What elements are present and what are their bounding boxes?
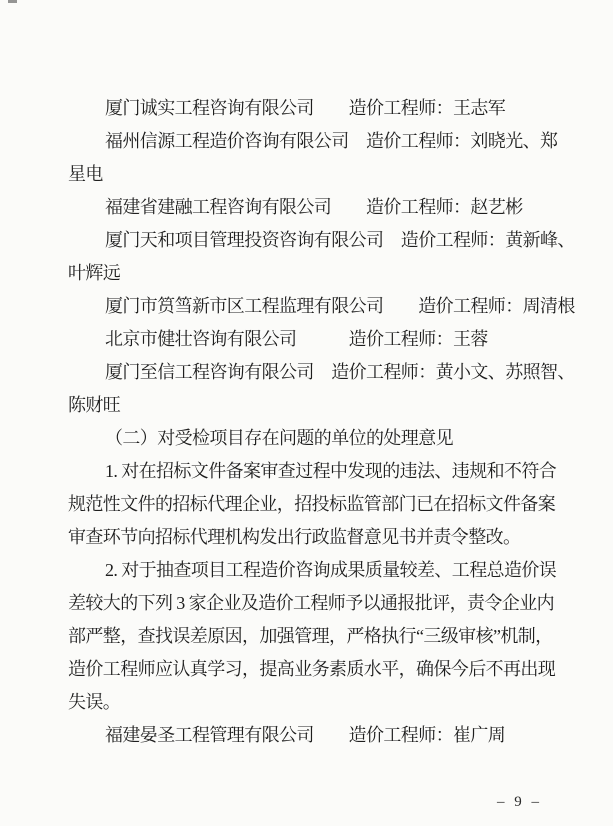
- document-line-12: 1. 对在招标文件备案审查过程中发现的违法、违规和不符合: [68, 455, 580, 488]
- document-page: 厦门诚实工程咨询有限公司 造价工程师：王志军 福州信源工程造价咨询有限公司 造价…: [0, 0, 613, 826]
- page-number: – 9 –: [497, 794, 542, 811]
- document-line-2: 福州信源工程造价咨询有限公司 造价工程师：刘晓光、郑: [68, 125, 580, 158]
- document-line-7: 厦门市筼筜新市区工程监理有限公司 造价工程师：周清根: [68, 290, 580, 323]
- document-line-4: 福建省建融工程咨询有限公司 造价工程师：赵艺彬: [68, 191, 580, 224]
- document-line-18: 造价工程师应认真学习，提高业务素质水平，确保今后不再出现: [68, 653, 580, 686]
- document-line-6: 叶辉远: [68, 257, 580, 290]
- document-line-14: 审查环节向招标代理机构发出行政监督意见书并责令整改。: [68, 521, 580, 554]
- document-line-13: 规范性文件的招标代理企业，招投标监管部门已在招标文件备案: [68, 488, 580, 521]
- scan-artifact: [8, 0, 17, 3]
- document-line-20: 福建晏圣工程管理有限公司 造价工程师：崔广周: [68, 719, 580, 752]
- document-line-5: 厦门天和项目管理投资咨询有限公司 造价工程师：黄新峰、: [68, 224, 580, 257]
- document-line-17: 部严整，查找误差原因，加强管理，严格执行“三级审核”机制，: [68, 620, 580, 653]
- document-line-15: 2. 对于抽查项目工程造价咨询成果质量较差、工程总造价误: [68, 554, 580, 587]
- document-line-8: 北京市健壮咨询有限公司 造价工程师：王蓉: [68, 323, 580, 356]
- document-line-16: 差较大的下列 3 家企业及造价工程师予以通报批评，责令企业内: [68, 587, 580, 620]
- document-line-10: 陈财旺: [68, 389, 580, 422]
- document-line-19: 失误。: [68, 686, 580, 719]
- document-line-11: （二）对受检项目存在问题的单位的处理意见: [68, 422, 580, 455]
- document-line-1: 厦门诚实工程咨询有限公司 造价工程师：王志军: [68, 92, 580, 125]
- document-line-9: 厦门至信工程咨询有限公司 造价工程师：黄小文、苏照智、: [68, 356, 580, 389]
- document-line-3: 星电: [68, 158, 580, 191]
- document-body: 厦门诚实工程咨询有限公司 造价工程师：王志军 福州信源工程造价咨询有限公司 造价…: [68, 92, 580, 752]
